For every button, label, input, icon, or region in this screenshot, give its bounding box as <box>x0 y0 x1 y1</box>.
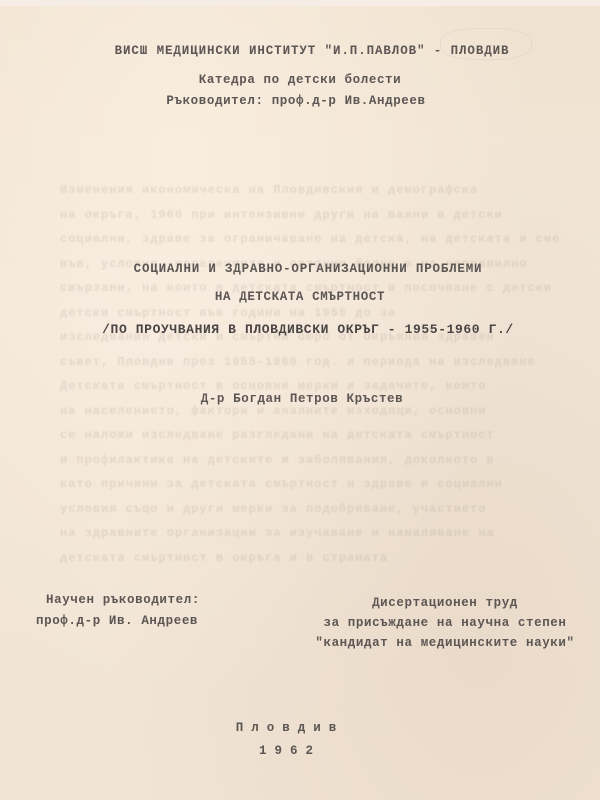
scanned-page: Изменения икономическа на Пловдивския и … <box>0 0 600 800</box>
title-line-1: СОЦИАЛНИ И ЗДРАВНО-ОРГАНИЗАЦИОННИ ПРОБЛЕ… <box>8 262 600 276</box>
bleed-line: Изменения икономическа на Пловдивския и … <box>60 178 600 203</box>
department-head: Ръководител: проф.д-р Ив.Андреев <box>0 94 596 108</box>
bleed-line: детската смъртност в окръга и в страната <box>60 546 600 571</box>
page-edge <box>0 0 600 6</box>
bleed-line: съвет, Пловдив през 1955-1960 год. и пер… <box>60 350 600 375</box>
thesis-block: Дисертационен труд за присъждане на науч… <box>300 593 590 653</box>
supervisor-block: Научен ръководител: проф.д-р Ив. Андреев <box>36 590 200 632</box>
bleed-line: на здравните организации за изучаване и … <box>60 521 600 546</box>
supervisor-name: проф.д-р Ив. Андреев <box>36 611 200 632</box>
institution-heading: ВИСШ МЕДИЦИНСКИ ИНСТИТУТ "И.П.ПАВЛОВ" - … <box>12 44 600 58</box>
supervisor-label: Научен ръководител: <box>36 590 200 611</box>
city: Пловдив <box>0 721 590 735</box>
title-line-2: НА ДЕТСКАТА СМЪРТНОСТ <box>0 290 600 304</box>
author-name: Д-р Богдан Петров Кръстев <box>2 392 600 406</box>
department-name: Катедра по детски болести <box>0 73 600 87</box>
bleed-line: се наложи изследване разгледани на детск… <box>60 423 600 448</box>
bleed-through-text: Изменения икономическа на Пловдивския и … <box>60 178 600 570</box>
year: 1962 <box>0 744 590 758</box>
thesis-degree: "кандидат на медицинските науки" <box>300 633 590 653</box>
bleed-line: като причини за детската смъртност и здр… <box>60 472 600 497</box>
bleed-line: условия също и други мерки за подобряван… <box>60 497 600 522</box>
bleed-line: социални, здраве за ограничаване на детс… <box>60 227 600 252</box>
title-subtitle: /ПО ПРОУЧВАНИЯ В ПЛОВДИВСКИ ОКРЪГ - 1955… <box>8 322 600 337</box>
bleed-line: и профилактика на детските и заболявания… <box>60 448 600 473</box>
thesis-type: Дисертационен труд <box>300 593 590 613</box>
thesis-purpose: за присъждане на научна степен <box>300 613 590 633</box>
bleed-line: на окръга, 1960 при интензивни други на … <box>60 203 600 228</box>
